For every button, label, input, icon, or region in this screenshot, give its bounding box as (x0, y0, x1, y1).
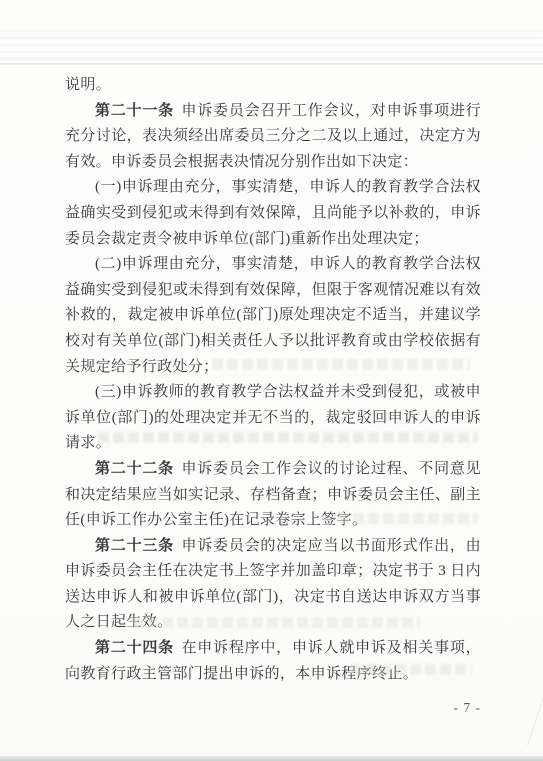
scan-top-line-artifact (0, 63, 543, 65)
item-2-text: (二)申诉理由充分，事实清楚，申诉人的教育教学合法权益确实受到侵犯或未得到有效保… (65, 256, 481, 374)
page-bleedthrough-artifact (132, 617, 420, 628)
body-text: 说明。 第二十一条申诉委员会召开工作会议，对申诉事项进行充分讨论，表决须经出席委… (65, 73, 481, 687)
scan-noise-artifact (0, 30, 543, 60)
paragraph-article-24: 第二十四条在申诉程序中，申诉人就申诉及相关事项，向教育行政主管部门提出申诉的，本… (65, 636, 481, 687)
article-23-label: 第二十三条 (95, 538, 174, 554)
article-24-label: 第二十四条 (95, 640, 174, 656)
page-bleedthrough-artifact (212, 359, 470, 370)
item-1-text: (一)申诉理由充分，事实清楚，申诉人的教育教学合法权益确实受到侵犯或未得到有效保… (65, 179, 481, 246)
page-number: - 7 - (454, 700, 482, 716)
paragraph-item-3: (三)申诉教师的教育教学合法权益并未受到侵犯，或被申诉单位(部门)的处理决定并无… (65, 380, 481, 457)
article-22-label: 第二十二条 (95, 461, 174, 477)
page-bleedthrough-artifact (338, 513, 478, 524)
document-page: 说明。 第二十一条申诉委员会召开工作会议，对申诉事项进行充分讨论，表决须经出席委… (0, 0, 543, 761)
paragraph-article-21: 第二十一条申诉委员会召开工作会议，对申诉事项进行充分讨论，表决须经出席委员三分之… (65, 99, 481, 176)
article-21-label: 第二十一条 (95, 103, 174, 119)
page-bleedthrough-artifact (98, 432, 478, 443)
scan-bottom-edge-artifact (0, 756, 543, 761)
paragraph-continuation: 说明。 (65, 73, 481, 99)
page-bleedthrough-artifact (350, 664, 472, 675)
paragraph-item-1: (一)申诉理由充分，事实清楚，申诉人的教育教学合法权益确实受到侵犯或未得到有效保… (65, 175, 481, 252)
scan-fold-mark (527, 690, 543, 745)
